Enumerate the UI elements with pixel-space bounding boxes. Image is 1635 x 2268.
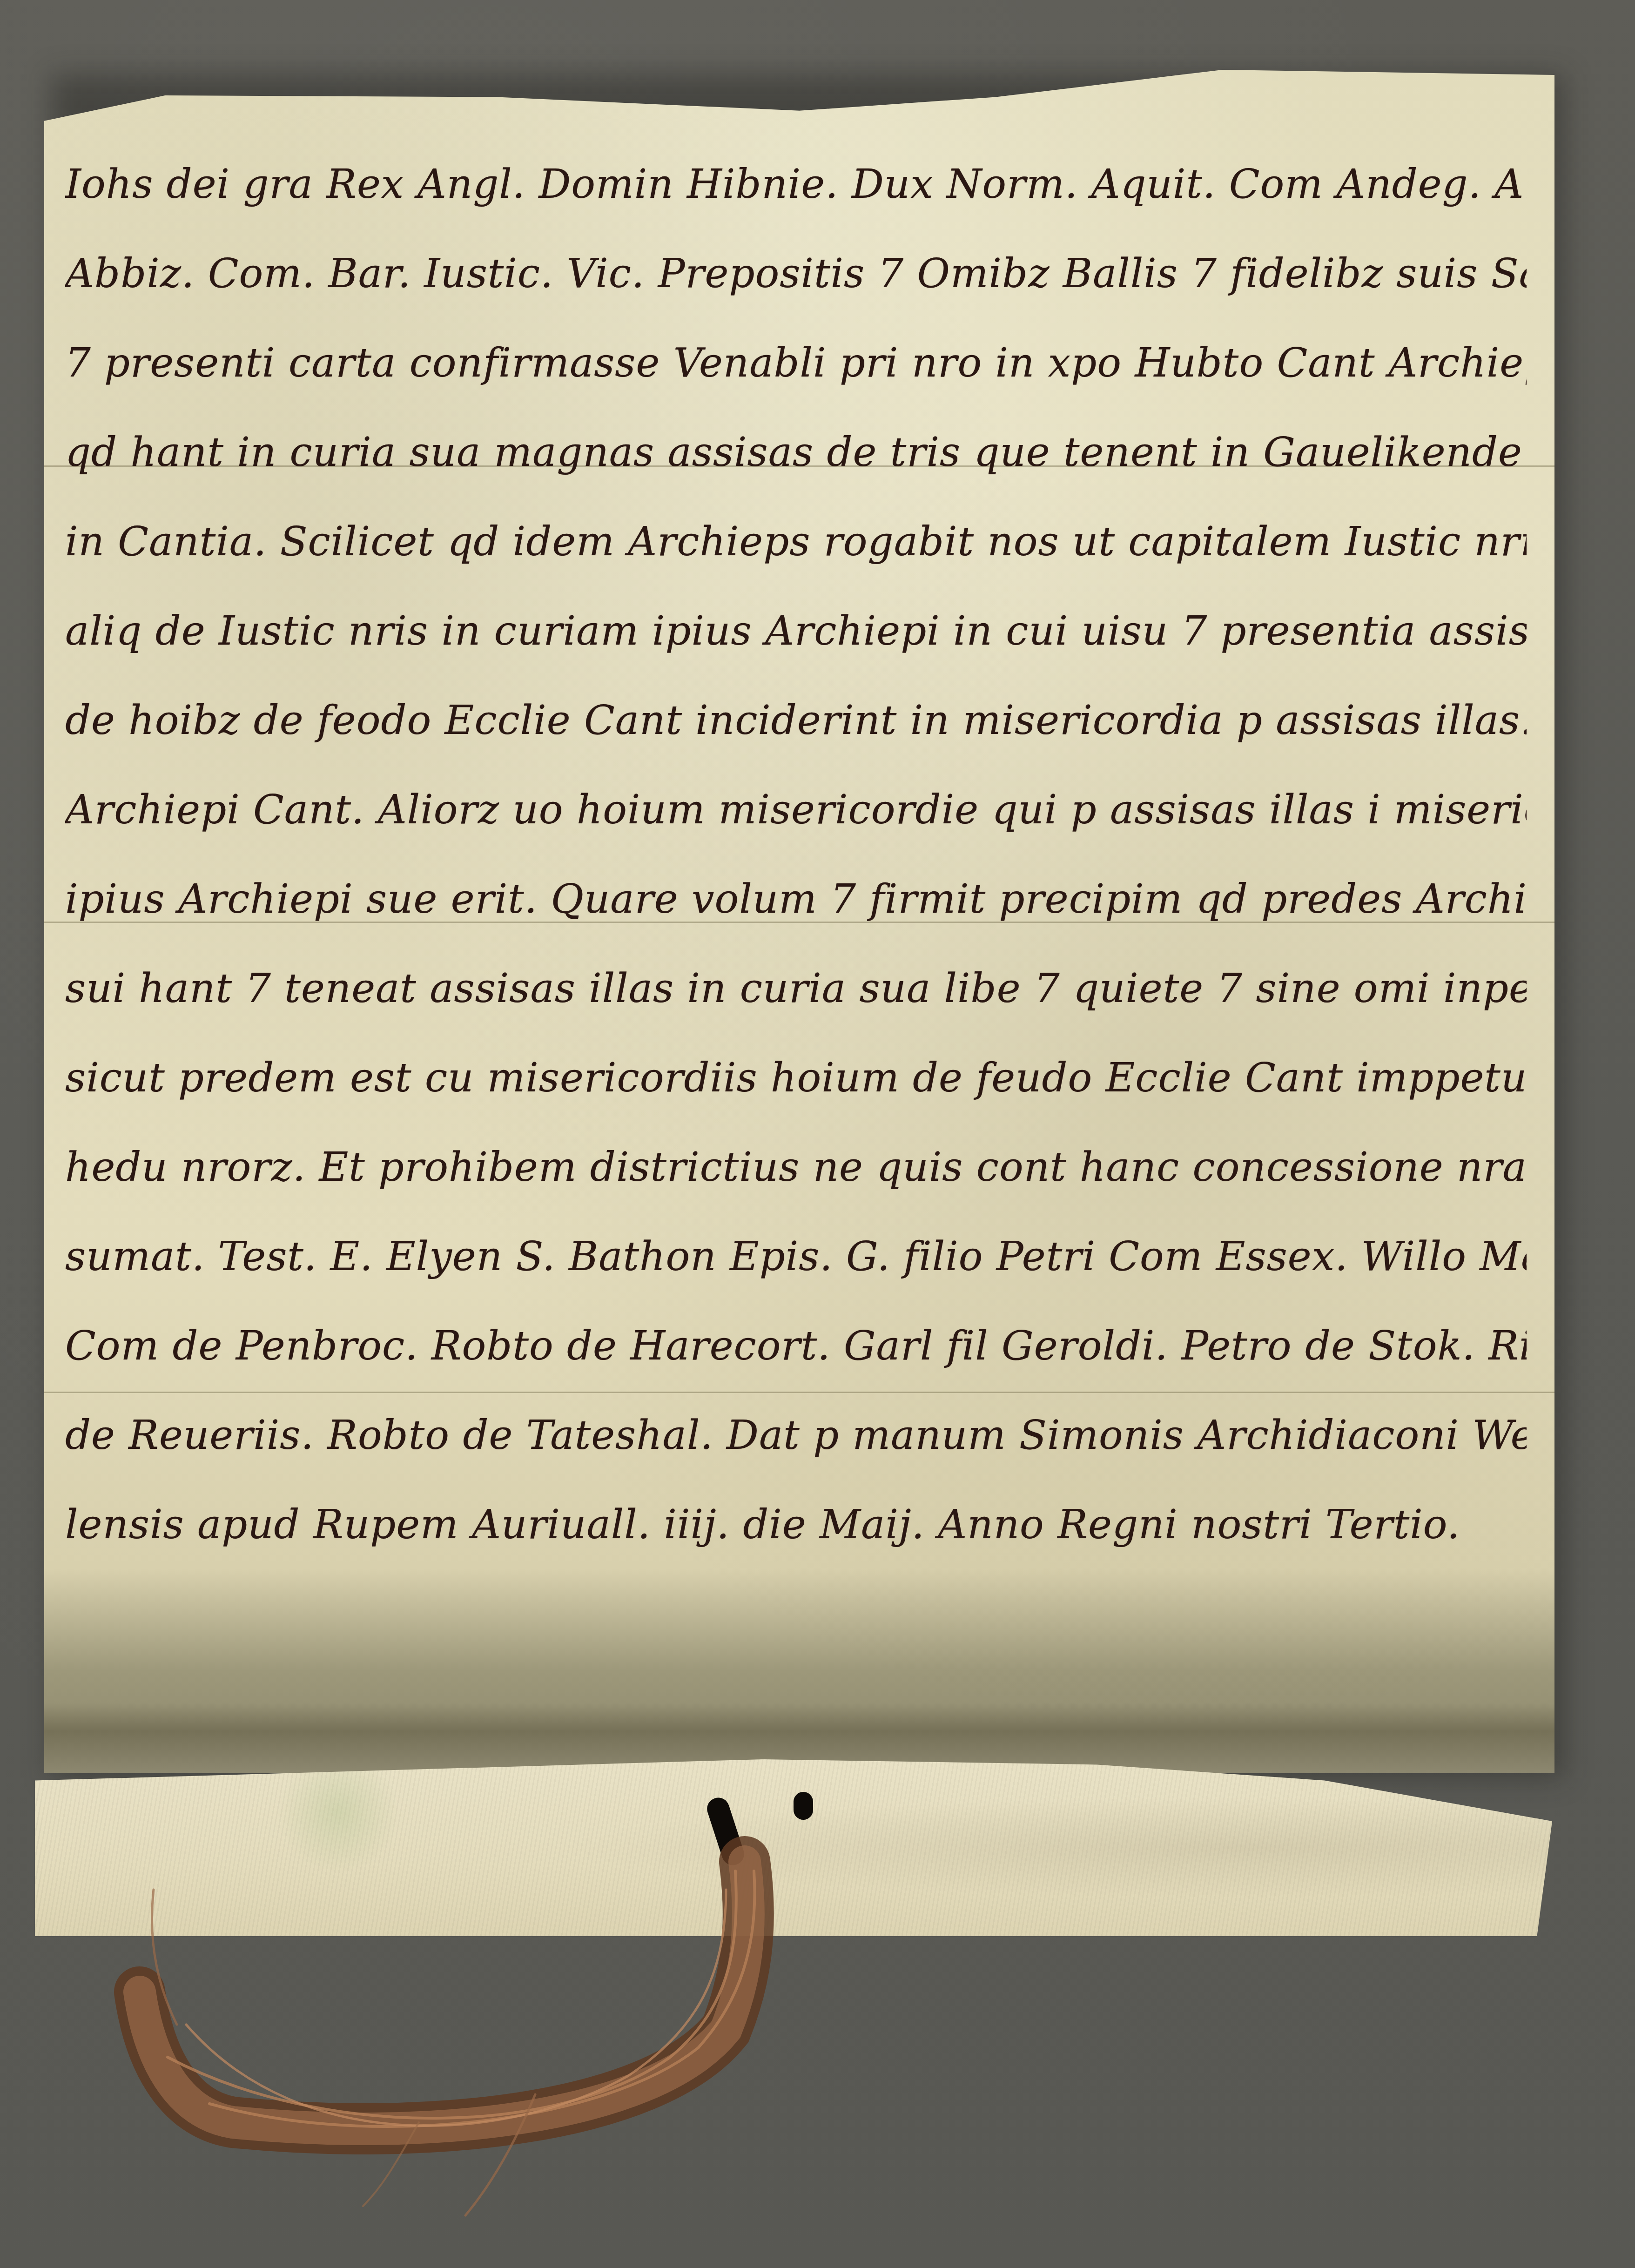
text-line: in Cantia. Scilicet qd idem Archieps rog… [65, 497, 1527, 586]
text-line: aliq de Iustic nris in curiam ipius Arch… [65, 586, 1527, 676]
text-line: lensis apud Rupem Auriuall. iiij. die Ma… [65, 1480, 1527, 1569]
text-line: sui hant 7 teneat assisas illas in curia… [65, 944, 1527, 1033]
text-line: Abbiz. Com. Bar. Iustic. Vic. Prepositis… [65, 229, 1527, 318]
text-line: Iohs dei gra Rex Angl. Domin Hibnie. Dux… [65, 140, 1527, 229]
text-line: sumat. Test. E. Elyen S. Bathon Epis. G.… [65, 1212, 1527, 1301]
text-line: Archiepi Cant. Aliorz uo hoium misericor… [65, 765, 1527, 855]
text-line: hedu nrorz. Et prohibem districtius ne q… [65, 1123, 1527, 1212]
text-line: Com de Penbroc. Robto de Harecort. Garl … [65, 1301, 1527, 1391]
text-line: ipius Archiepi sue erit. Quare volum 7 f… [65, 855, 1527, 944]
seal-fold-tab [35, 1759, 1552, 1936]
text-line: de hoibz de feodo Ecclie Cant inciderint… [65, 676, 1527, 765]
text-line: sicut predem est cu misericordiis hoium … [65, 1033, 1527, 1123]
charter-text: Iohs dei gra Rex Angl. Domin Hibnie. Dux… [65, 140, 1527, 1569]
text-line: qd hant in curia sua magnas assisas de t… [65, 408, 1527, 497]
seal-slit-right [794, 1792, 813, 1820]
text-line: de Reueriis. Robto de Tateshal. Dat p ma… [65, 1391, 1527, 1480]
text-line: 7 presenti carta confirmasse Venabli pri… [65, 318, 1527, 408]
